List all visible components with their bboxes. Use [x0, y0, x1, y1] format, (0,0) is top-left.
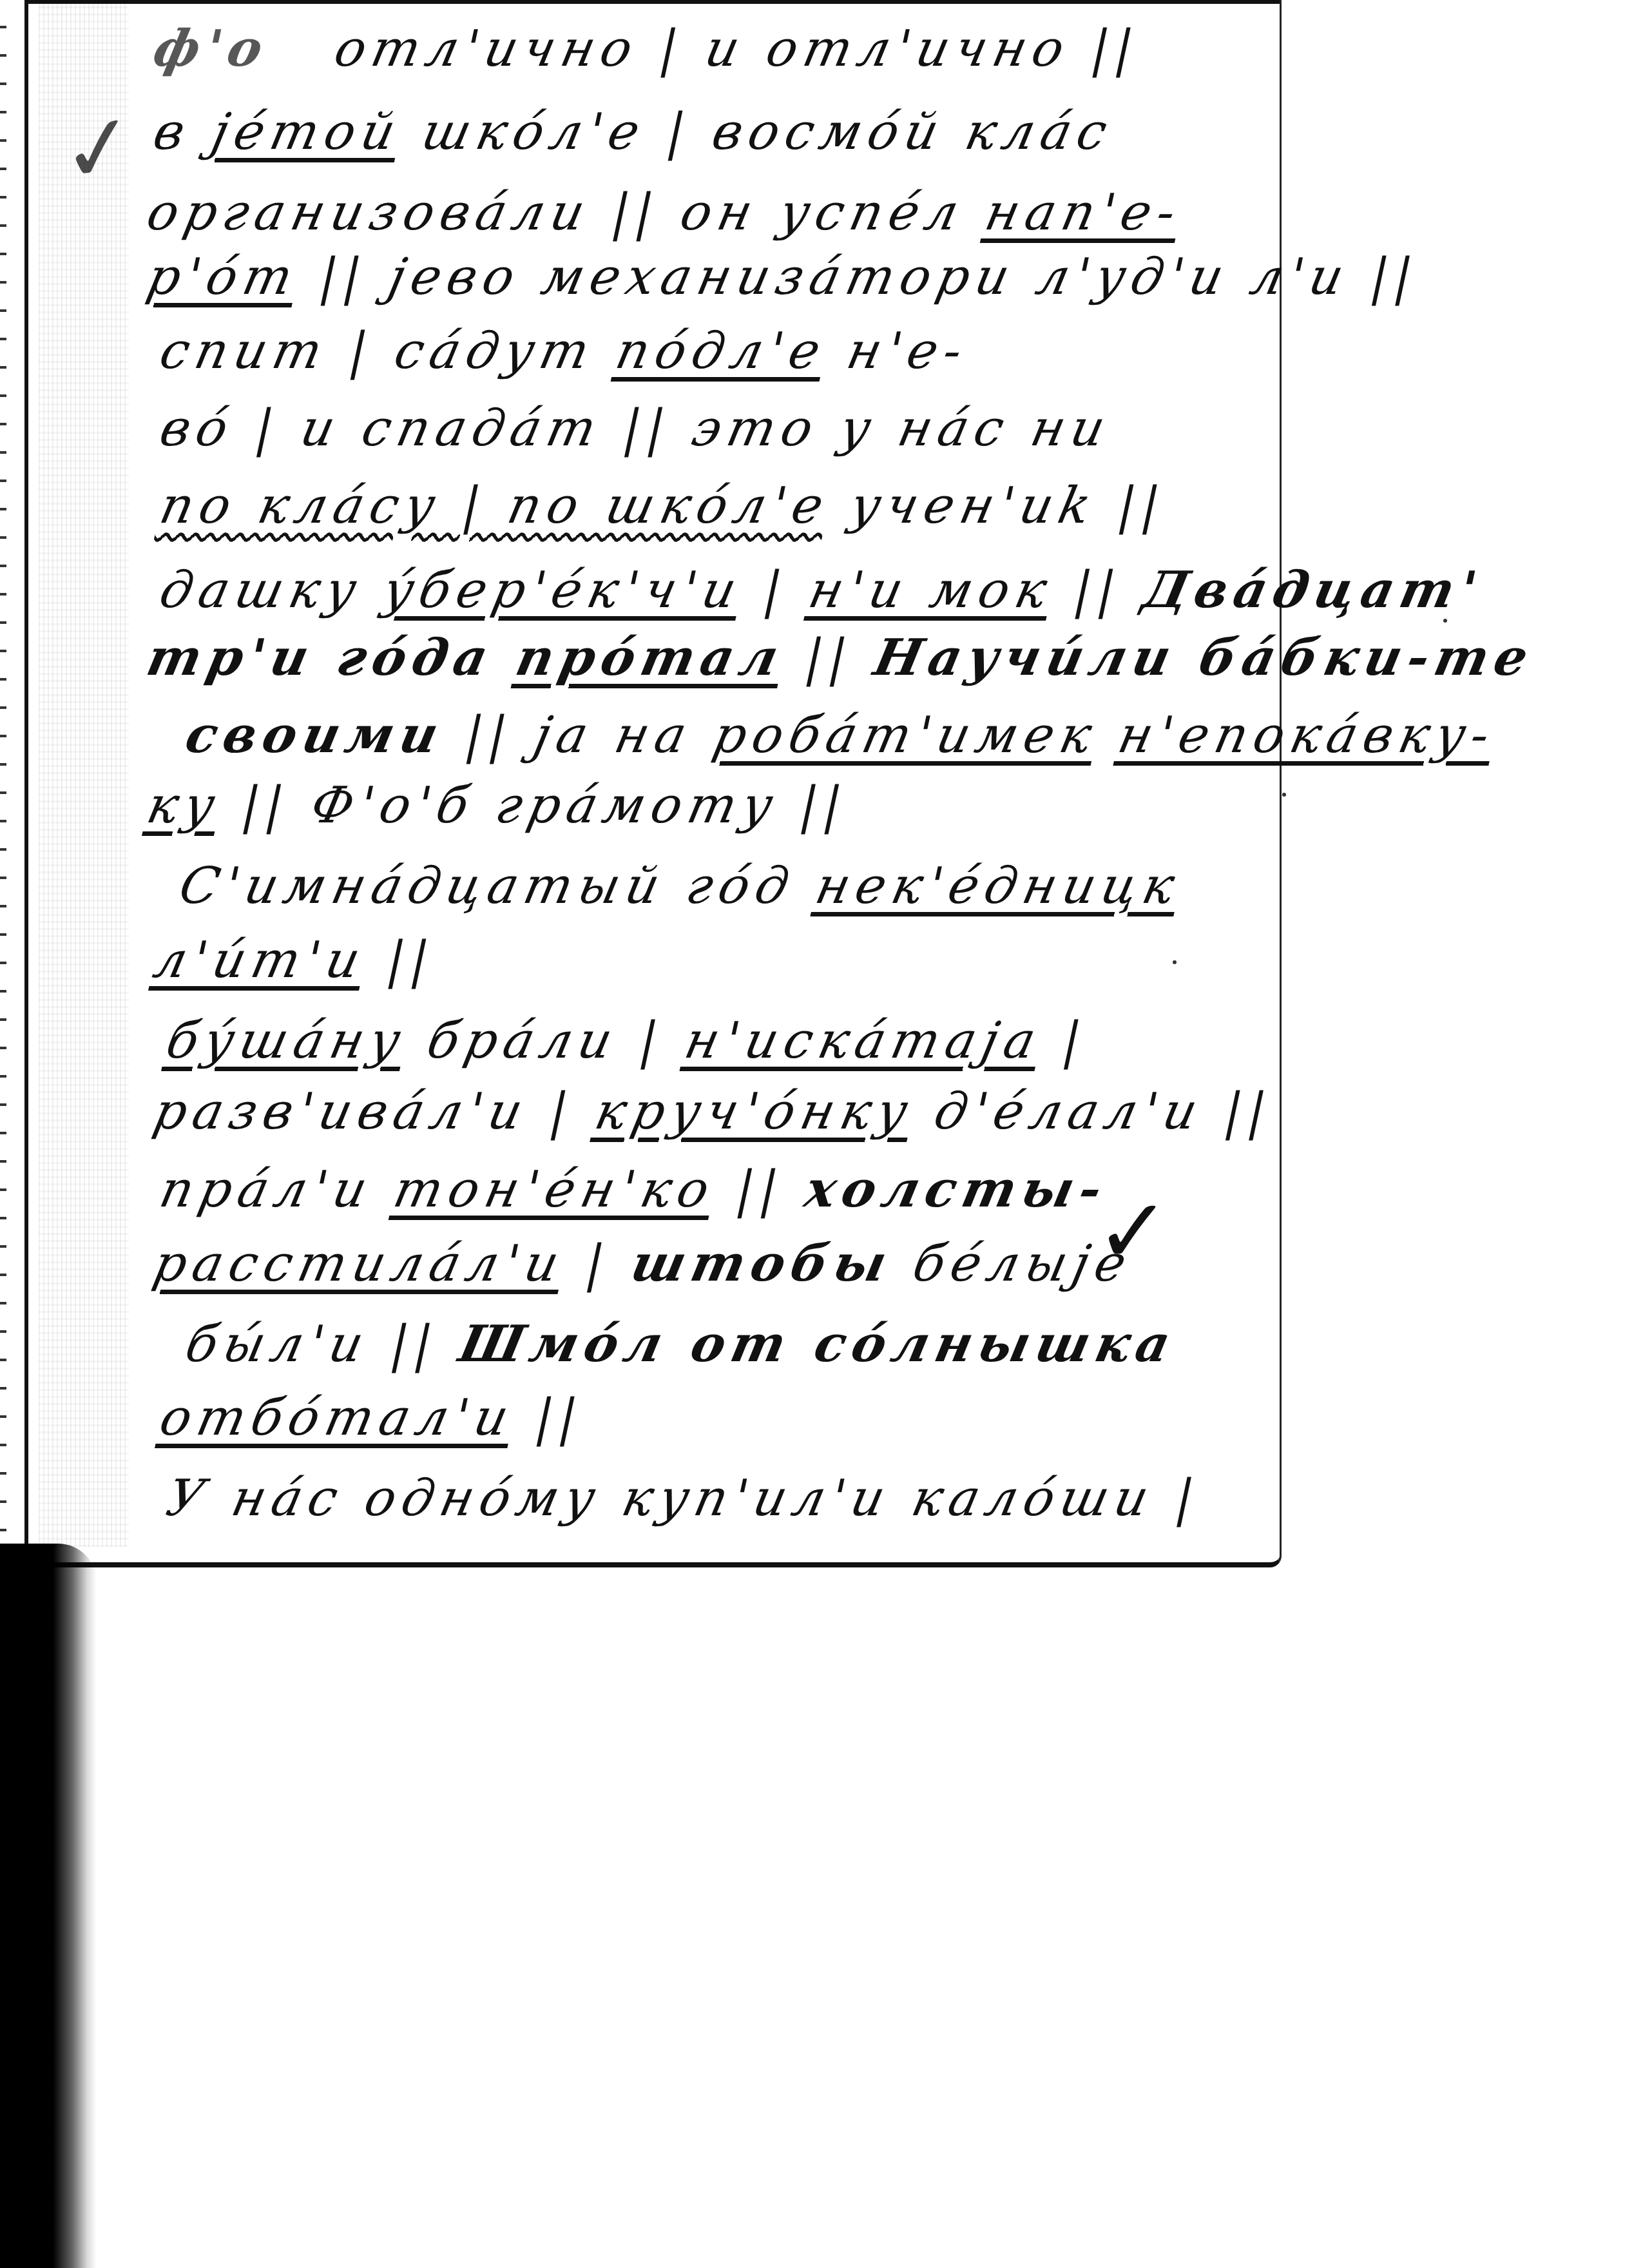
- text-segment: || Ф'о'б грáмоту ||: [214, 777, 853, 835]
- text-segment: ||: [359, 931, 440, 989]
- bold-word: холсты-: [800, 1160, 1114, 1219]
- text-segment: ||: [777, 629, 881, 687]
- scan-speck: [1443, 619, 1447, 623]
- underlined-word: ку: [142, 777, 226, 835]
- page-top-edge: [28, 0, 1280, 4]
- underlined-word: нек'е́дницк: [811, 857, 1186, 915]
- text-segment: организовáли || он успéл: [142, 184, 992, 242]
- text-segment: спит | сáдут: [155, 322, 623, 380]
- text-segment: разв'ивáл'и |: [148, 1083, 602, 1141]
- text-line-9: тр'и гóда прóтал || Научúли бáбки-те: [142, 628, 1539, 687]
- scan-edge: [0, 0, 6, 1547]
- bold-word: Научúли бáбки-те: [869, 628, 1540, 687]
- text-segment: |: [736, 561, 816, 619]
- text-line-17: расстилáл'и | штобы бéлыjе: [148, 1234, 1138, 1293]
- underlined-word: пóдл'е: [611, 322, 832, 380]
- margin-noise: [39, 0, 129, 1547]
- text-segment: учен'иk ||: [823, 477, 1172, 535]
- text-line-13: л'и́т'и ||: [148, 931, 440, 989]
- text-segment: вó | и спадáт || это у нáс ни: [155, 400, 1116, 458]
- text-line-1: ф'о отл'ичнo | и отл'ичнo ||: [148, 19, 1145, 78]
- text-segment: бы́л'и ||: [180, 1315, 466, 1373]
- bold-word: тр'и гóда: [142, 628, 523, 687]
- text-segment: ||: [508, 1389, 589, 1447]
- text-line-5: спит | сáдут пóдл'е н'е-: [155, 322, 974, 380]
- text-segment: шкóл'е | восмóй клáс: [394, 103, 1119, 161]
- underlined-word: н'и мок: [803, 561, 1058, 619]
- text-segment: брáли |: [399, 1012, 692, 1070]
- underlined-word: р'óт: [142, 248, 303, 306]
- text-segment: ||: [708, 1161, 812, 1219]
- bold-word: Двáдцат': [1138, 561, 1488, 619]
- text-segment: С'имнáдцатый гóд: [174, 857, 823, 915]
- text-line-7: по клáсу | по шкóл'е учен'иk ||: [155, 477, 1171, 535]
- underlined-word: тон'éн'ко: [389, 1161, 720, 1219]
- text-line-2: в jéтой шкóл'е | восмóй клáс: [148, 103, 1118, 161]
- underlined-word: л'и́т'и: [148, 931, 371, 989]
- text-segment: || jево механизáтори л'уд'и л'и ||: [292, 248, 1425, 306]
- text-segment: || ja на: [437, 706, 720, 764]
- scan-speck: [1173, 960, 1177, 964]
- text-line-10: своими || ja на робáт'имек н'епокáвку-: [180, 706, 1501, 764]
- underlined-word: jéтой: [207, 103, 407, 161]
- line-text: отл'ичнo | и отл'ичнo ||: [329, 20, 1145, 78]
- text-segment: |: [558, 1235, 639, 1293]
- page-binding-line: [24, 0, 28, 1566]
- underlined-word: у́бер'е́к'ч'и: [378, 561, 748, 619]
- text-line-11: ку || Ф'о'б грáмоту ||: [142, 777, 853, 835]
- scan-shadow: [0, 1544, 97, 2268]
- wavy-underlined-phrase: по клáсу | по шкóл'е: [155, 477, 834, 535]
- text-line-12: С'имнáдцатый гóд нек'е́дницк: [174, 857, 1186, 915]
- text-line-15: разв'ивáл'и | круч'óнку д'éлал'и ||: [148, 1083, 1278, 1141]
- underlined-word: робáт'имек: [708, 706, 1103, 764]
- underlined-word: прóтал: [511, 628, 790, 687]
- text-line-18: бы́л'и || Шмóл от сóлнышка: [180, 1315, 1182, 1373]
- bold-word: своими: [180, 706, 450, 764]
- text-segment: У нáс однóму куп'ил'и калóши |: [161, 1469, 1206, 1527]
- underlined-word: бу́шáну: [161, 1012, 412, 1070]
- text-line-16: прáл'и тон'éн'ко || холсты-: [155, 1160, 1113, 1219]
- underlined-word: нап'е-: [980, 184, 1187, 242]
- text-segment: прáл'и: [155, 1161, 401, 1219]
- struck-word: ф'о: [148, 19, 274, 78]
- text-line-3: организовáли || он успéл нап'е-: [142, 184, 1187, 242]
- bold-word: штобы: [626, 1234, 898, 1293]
- text-segment: бéлыjе: [886, 1235, 1138, 1293]
- text-line-14: бу́шáну брáли | н'искáтаjа |: [161, 1012, 1093, 1070]
- bold-word: Шмóл от сóлнышка: [454, 1315, 1182, 1373]
- text-segment: дашку: [155, 561, 390, 619]
- underlined-word: расстилáл'и: [148, 1235, 570, 1293]
- text-line-19: отбóтал'и ||: [155, 1389, 589, 1447]
- text-line-6: вó | и спадáт || это у нáс ни: [155, 400, 1116, 458]
- underlined-word: круч'óнку: [590, 1083, 919, 1141]
- text-line-4: р'óт || jево механизáтори л'уд'и л'и ||: [142, 248, 1424, 306]
- underlined-word: отбóтал'и: [155, 1389, 519, 1447]
- text-segment: ||: [1046, 561, 1150, 619]
- checkmark-icon: ✓: [54, 92, 144, 207]
- underlined-word: н'искáтаjа: [680, 1012, 1047, 1070]
- text-line-8: дашку у́бер'е́к'ч'и | н'и мок || Двáдцат…: [155, 561, 1488, 619]
- text-segment: д'éлал'и ||: [907, 1083, 1278, 1141]
- text-line-20: У нáс однóму куп'ил'и калóши |: [161, 1469, 1206, 1527]
- underlined-word: н'епокáвку-: [1113, 706, 1501, 764]
- text-segment: н'е-: [820, 322, 974, 380]
- scan-speck: [1282, 793, 1286, 797]
